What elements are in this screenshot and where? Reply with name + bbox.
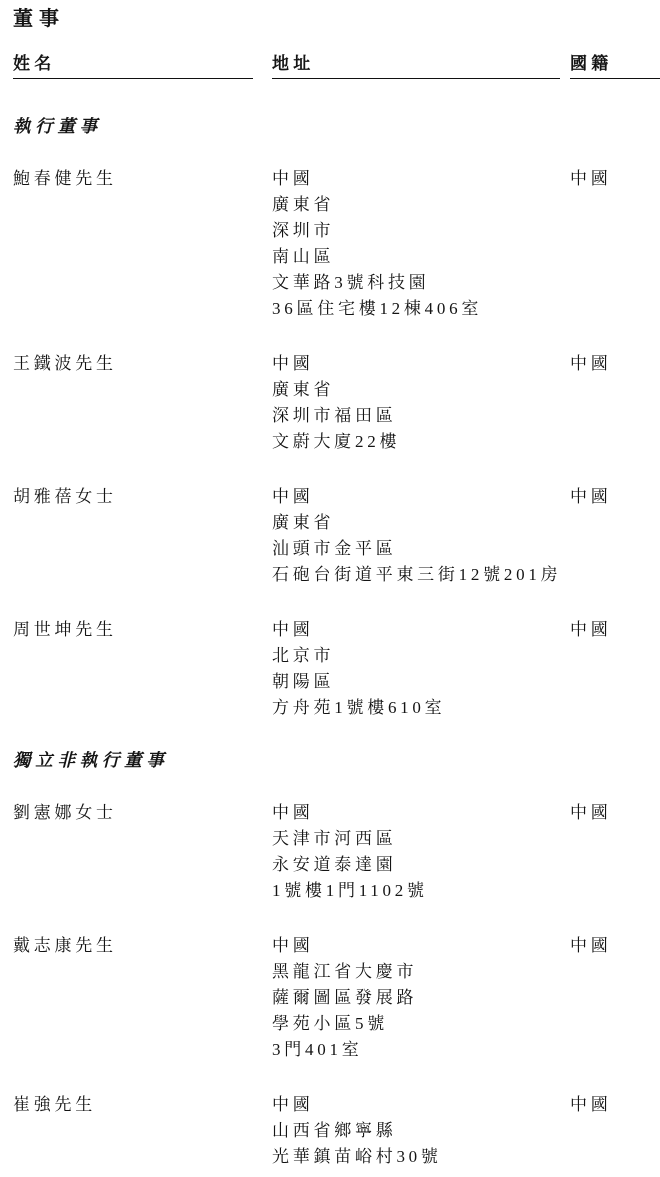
address-line: 中國: [272, 484, 570, 510]
director-address: 中國 廣東省 深圳市福田區 文蔚大廈22樓: [272, 351, 570, 455]
address-line: 天津市河西區: [272, 826, 570, 852]
director-nationality: 中國: [570, 484, 660, 510]
director-name: 鮑春健先生: [13, 166, 272, 192]
address-line: 文華路3號科技園: [272, 270, 570, 296]
address-line: 方舟苑1號樓610室: [272, 695, 570, 721]
address-line: 石砲台街道平東三街12號201房: [272, 562, 570, 588]
address-line: 文蔚大廈22樓: [272, 429, 570, 455]
director-nationality: 中國: [570, 1092, 660, 1118]
address-line: 黑龍江省大慶市: [272, 959, 570, 985]
address-line: 薩爾圖區發展路: [272, 985, 570, 1011]
director-row: 胡雅蓓女士 中國 廣東省 汕頭市金平區 石砲台街道平東三街12號201房 中國: [13, 484, 660, 588]
address-line: 永安道泰達園: [272, 852, 570, 878]
address-line: 36區住宅樓12棟406室: [272, 296, 570, 322]
director-name: 王鐵波先生: [13, 351, 272, 377]
director-row: 王鐵波先生 中國 廣東省 深圳市福田區 文蔚大廈22樓 中國: [13, 351, 660, 455]
address-line: 中國: [272, 933, 570, 959]
address-line: 中國: [272, 166, 570, 192]
table-header: 姓名 地址 國籍: [13, 55, 660, 79]
director-address: 中國 廣東省 深圳市 南山區 文華路3號科技園 36區住宅樓12棟406室: [272, 166, 570, 322]
director-row: 劉憲娜女士 中國 天津市河西區 永安道泰達園 1號樓1門1102號 中國: [13, 800, 660, 904]
director-row: 周世坤先生 中國 北京市 朝陽區 方舟苑1號樓610室 中國: [13, 617, 660, 721]
director-address: 中國 黑龍江省大慶市 薩爾圖區發展路 學苑小區5號 3門401室: [272, 933, 570, 1063]
address-line: 光華鎮苗峪村30號: [272, 1144, 570, 1170]
page-title: 董事: [13, 8, 660, 30]
address-line: 中國: [272, 800, 570, 826]
address-line: 中國: [272, 1092, 570, 1118]
address-line: 廣東省: [272, 377, 570, 403]
director-address: 中國 廣東省 汕頭市金平區 石砲台街道平東三街12號201房: [272, 484, 570, 588]
section-heading-executive-directors: 執行董事: [13, 116, 660, 136]
column-header-nationality: 國籍: [570, 55, 660, 79]
address-line: 中國: [272, 617, 570, 643]
director-row: 戴志康先生 中國 黑龍江省大慶市 薩爾圖區發展路 學苑小區5號 3門401室 中…: [13, 933, 660, 1063]
director-address: 中國 天津市河西區 永安道泰達園 1號樓1門1102號: [272, 800, 570, 904]
address-line: 廣東省: [272, 192, 570, 218]
director-name: 戴志康先生: [13, 933, 272, 959]
director-name: 周世坤先生: [13, 617, 272, 643]
address-line: 深圳市福田區: [272, 403, 570, 429]
director-address: 中國 北京市 朝陽區 方舟苑1號樓610室: [272, 617, 570, 721]
address-line: 朝陽區: [272, 669, 570, 695]
address-line: 山西省鄉寧縣: [272, 1118, 570, 1144]
address-line: 廣東省: [272, 510, 570, 536]
director-name: 劉憲娜女士: [13, 800, 272, 826]
address-line: 中國: [272, 351, 570, 377]
director-nationality: 中國: [570, 166, 660, 192]
address-line: 3門401室: [272, 1037, 570, 1063]
director-row: 崔強先生 中國 山西省鄉寧縣 光華鎮苗峪村30號 中國: [13, 1092, 660, 1170]
column-header-name: 姓名: [13, 55, 253, 79]
director-nationality: 中國: [570, 351, 660, 377]
column-header-address: 地址: [272, 55, 560, 79]
director-row: 鮑春健先生 中國 廣東省 深圳市 南山區 文華路3號科技園 36區住宅樓12棟4…: [13, 166, 660, 322]
address-line: 南山區: [272, 244, 570, 270]
director-nationality: 中國: [570, 617, 660, 643]
address-line: 北京市: [272, 643, 570, 669]
address-line: 1號樓1門1102號: [272, 878, 570, 904]
director-nationality: 中國: [570, 800, 660, 826]
directors-page: 董事 姓名 地址 國籍 執行董事 鮑春健先生 中國 廣東省 深圳市 南山區 文華…: [0, 0, 660, 1177]
director-nationality: 中國: [570, 933, 660, 959]
director-address: 中國 山西省鄉寧縣 光華鎮苗峪村30號: [272, 1092, 570, 1170]
address-line: 學苑小區5號: [272, 1011, 570, 1037]
section-heading-independent-non-executive-directors: 獨立非執行董事: [13, 750, 660, 770]
director-name: 崔強先生: [13, 1092, 272, 1118]
director-name: 胡雅蓓女士: [13, 484, 272, 510]
address-line: 汕頭市金平區: [272, 536, 570, 562]
address-line: 深圳市: [272, 218, 570, 244]
